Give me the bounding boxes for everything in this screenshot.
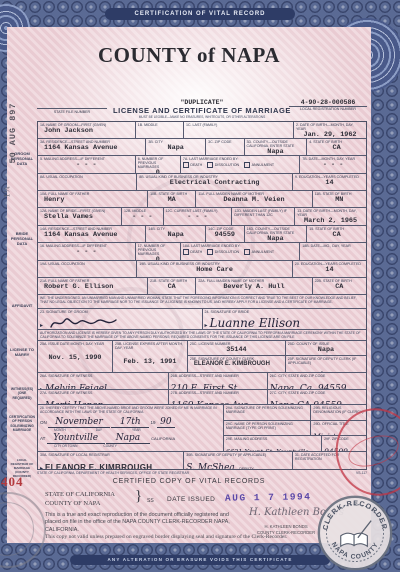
checkbox-label: ANNULMENT [252, 250, 274, 254]
field-label: 26C. CITY, STATE AND ZIP CODE [270, 374, 364, 378]
red-ink-stamp-inner [344, 430, 400, 473]
top-banner: CERTIFICATION OF VITAL RECORD [105, 8, 295, 20]
local-registration: 4-90-28-000586 LOCAL REGISTRATION NUMBER [289, 99, 367, 111]
banner-text: ANY ALTERATION OR ERASURE VOIDS THIS CER… [107, 557, 292, 562]
banner-text: CERTIFICATION OF VITAL RECORD [135, 11, 266, 17]
bride-county-value: Napa [247, 235, 305, 242]
bride-education-value: 14 [295, 266, 364, 274]
groom-business-value: Electrical Contracting [139, 179, 290, 187]
field-label: 8A. USUAL OCCUPATION [40, 175, 134, 179]
bride-mother-value: Beverly A. Hull [198, 283, 309, 291]
local-registration-label: LOCAL REGISTRATION NUMBER [289, 107, 367, 111]
state-line: STATE OF CALIFORNIA [45, 490, 115, 499]
deputy-suffix: DEPUTY [239, 467, 254, 469]
field-label: 19A. USUAL OCCUPATION [40, 262, 134, 266]
license-number-value: 35144 [190, 346, 283, 354]
field-label: 18A. LAST MARRIAGE ENDED BY: [183, 244, 297, 248]
field-label: 14D. COUNTY—OUTSIDE CALIFORNIA, ENTER ST… [247, 227, 305, 235]
local-registrar-signature: ELEANOR E. KIMBROUGH [45, 463, 152, 469]
bride-state-birth-value: CA [309, 231, 364, 239]
checkbox-group: DEATH DISSOLUTION ANNULMENT [183, 249, 297, 255]
groom-state-birth-value: CA [309, 144, 364, 152]
bride-father-state-value: CA [150, 283, 193, 291]
bride-prev-marriages-value: 0 [138, 256, 178, 260]
witness2-city: Napa CA 94559 [270, 401, 342, 404]
bride-zip-value: 94559 [208, 231, 241, 239]
checkbox-label: ANNULMENT [252, 163, 274, 167]
field-label: 25A. ISSUE DATE MONTH, DAY, YEAR [40, 342, 110, 346]
bride-mailing-value: - - - [40, 248, 133, 256]
witness2-address: 1169 Kansas Ave [171, 401, 249, 404]
field-label: 6. NUMBER OF PREVIOUS MARRIAGES [138, 157, 178, 169]
field-label: 2. DATE OF BIRTH—MONTH, DAY, YEAR [296, 123, 364, 131]
field-label: 27B. ADDRESS—STREET AND NUMBER [171, 391, 265, 395]
certificate-page: CERTIFICATION OF VITAL RECORD ANY ALTERA… [0, 0, 400, 572]
year-sublabel: YEAR [132, 428, 141, 432]
marriage-form: GROOM PERSONAL DATA BRIDE PERSONAL DATA … [37, 99, 367, 475]
field-label: 13. DATE OF BIRTH—MONTH, DAY, YEAR [297, 209, 364, 217]
groom-mother-value: Deanna M. Veien [198, 196, 309, 204]
signer-name: H. KATHLEEN BONDS [257, 524, 315, 530]
sidebar-label-solemnizing: CERTIFICATION OF PERSON SOLEMNIZING MARR… [8, 415, 36, 433]
checkbox-icon [244, 162, 250, 168]
ceremony-year: 90 [160, 417, 171, 427]
checkbox-dissolution: DISSOLUTION [207, 249, 239, 255]
groom-name-value: John Jackson [40, 127, 133, 135]
license-authorization-text: AUTHORIZATION AND LICENSE IS HEREBY GIVE… [38, 330, 366, 340]
groom-residence-value: 1164 Kansas Avenue [40, 144, 143, 152]
groom-city-value: Napa [148, 144, 203, 152]
at-label: AT [40, 436, 45, 441]
california-label: CALIFORNIA [151, 436, 175, 441]
checkbox-annulment: ANNULMENT [244, 162, 274, 168]
bride-mother-state-value: CA [315, 283, 364, 291]
field-label: 26B. ADDRESS—STREET AND NUMBER [171, 374, 265, 378]
registrar-deputy-signature: S. McShea [186, 463, 234, 469]
bottom-banner: ANY ALTERATION OR ERASURE VOIDS THIS CER… [70, 555, 330, 565]
bride-dob-value: March 2, 1965 [297, 217, 364, 225]
checkbox-death: DEATH [183, 249, 202, 255]
arrow-icon [40, 314, 45, 329]
field-label: 17. NUMBER OF PREVIOUS MARRIAGES [138, 244, 178, 256]
margin-file-number: 50 AUG 897 [8, 98, 18, 168]
checkbox-label: DISSOLUTION [215, 163, 239, 167]
county-clerk-signature: ELEANOR E. KIMBROUGH [190, 361, 283, 369]
ceremony-day: 17th [120, 417, 141, 427]
license-county-value: Napa [288, 346, 364, 354]
bride-signature: Luanne Ellison [210, 316, 301, 329]
bride-father-value: Robert G. Ellison [40, 283, 145, 291]
solemnization-date-line: ON November 17th 19 90 [40, 418, 221, 428]
bride-city-value: Napa [148, 231, 203, 239]
checkbox-icon [183, 162, 189, 168]
bride-name-value: Stella Vames [40, 213, 119, 221]
witness2-signature: Marti Hanon [45, 401, 103, 404]
county-line: COUNTY OF NAPA [45, 499, 115, 508]
groom-father-value: Henry [40, 196, 145, 204]
checkbox-label: DEATH [190, 163, 202, 167]
field-label: 29A. SIGNATURE OF PERSON SOLEMNIZING MAR… [226, 406, 309, 414]
field-label: 26A. SIGNATURE OF WITNESS [40, 374, 166, 378]
checkbox-label: DEATH [190, 250, 202, 254]
field-label: 12D. MAIDEN LAST (FAMILY) IF DIFFERENT T… [234, 209, 292, 217]
checkbox-dissolution: DISSOLUTION [207, 162, 239, 168]
bride-business-value: Home Care [139, 266, 290, 274]
date-issued-label: DATE ISSUED [167, 496, 215, 503]
groom-father-state-value: MA [150, 196, 193, 204]
groom-mailing-value: - - - [40, 161, 133, 169]
groom-county-value: Napa [247, 148, 305, 155]
groom-prev-marriages-value: 0 [138, 169, 178, 173]
field-label: 3C. ZIP CODE [208, 140, 241, 144]
deputy-clerk-signature: J. Hutcher [293, 371, 334, 372]
certified-copy-block: CERTIFIED COPY OF VITAL RECORDS STATE OF… [7, 478, 371, 485]
field-label: 24. SIGNATURE OF BRIDE [205, 310, 365, 314]
certification-body-text: This is a true and exact reproduction of… [45, 512, 235, 534]
certified-copy-title: CERTIFIED COPY OF VITAL RECORDS [7, 478, 371, 485]
field-label: 23. SIGNATURE OF GROOM [40, 310, 200, 314]
field-label: 29E. MAILING ADDRESS [226, 437, 319, 441]
field-label: 7A. LAST MARRIAGE ENDED BY: [183, 157, 297, 161]
field-label: 27C. CITY, STATE AND ZIP CODE [270, 391, 364, 395]
bride-middle-value: - - - [124, 213, 160, 221]
sidebar-label-affidavit: AFFIDAVIT [8, 303, 36, 308]
city-sublabel: CITY OR TOWN [54, 444, 77, 448]
county-sublabel: COUNTY [103, 444, 116, 448]
brace-glyph: } [135, 488, 142, 505]
state-registrar-line: STATE OF CALIFORNIA, DEPARTMENT OF HEALT… [37, 471, 189, 475]
ceremony-month: November [55, 417, 103, 427]
groom-signature-scrawl [49, 316, 119, 329]
checkbox-icon [207, 162, 213, 168]
groom-dob-value: Jan. 29, 1962 [296, 131, 364, 138]
day-sublabel: DAY [96, 428, 102, 432]
sidebar-label-bride: BRIDE PERSONAL DATA [8, 231, 36, 247]
license-expires-value: Feb. 13, 1991 [115, 358, 185, 366]
validity-notice: This copy not valid unless prepared on e… [45, 534, 345, 540]
state-file-number-label: STATE FILE NUMBER [37, 108, 107, 114]
field-label: 30B. SIGNATURE OF DEPUTY (IF APPLICABLE) [186, 453, 290, 457]
field-label: 1C. LAST (FAMILY) [186, 123, 291, 127]
document-body: COUNTY of NAPA GROOM PERSONAL DATA BRIDE… [7, 27, 371, 543]
solemnization-place-line: AT Yountville Napa CALIFORNIA [40, 434, 221, 444]
field-label: 18B. DATE—MO., DAY, YEAR [302, 244, 364, 248]
form-grid: 1A. NAME OF GROOM—FIRST (GIVEN)John Jack… [37, 121, 367, 470]
field-label: 25B. LICENSE EXPIRES AFTER MONTH, DAY, Y… [115, 342, 185, 350]
margin-pencil-note: 1¼ [4, 186, 12, 197]
license-issue-date-value: Nov. 15, 1990 [40, 354, 110, 362]
checkbox-label: DISSOLUTION [215, 250, 239, 254]
ss-label: SS [147, 498, 154, 504]
date-sublabels: MONTH DAY YEAR [54, 428, 221, 432]
field-label: 30A. SIGNATURE OF LOCAL REGISTRAR [40, 453, 181, 457]
bride-residence-value: 1164 Kansas Avenue [40, 231, 143, 239]
local-registration-number: 4-90-28-000586 [289, 99, 367, 107]
field-label: 29C. NAME OF PERSON SOLEMNIZING MARRIAGE… [226, 422, 309, 430]
affidavit-text: WE, THE UNDERSIGNED, AN UNMARRIED MAN AN… [38, 295, 366, 306]
page-title: COUNTY of NAPA [7, 43, 371, 68]
solemnizer-address: 6621 Yount St. Yountville CA [226, 448, 309, 451]
checkbox-icon [207, 249, 213, 255]
place-sublabels: CITY OR TOWN COUNTY [54, 444, 221, 448]
witness1-address: 210 E. First St. [171, 384, 241, 389]
clerk-recorder-seal: ★ CLERK-RECORDER ★ NAPA COUNTY [314, 494, 396, 572]
date-issued-stamp: AUG 1 7 1994 [225, 491, 312, 504]
checkbox-icon [183, 249, 189, 255]
month-sublabel: MONTH [54, 428, 66, 432]
state-county-block: STATE OF CALIFORNIA COUNTY OF NAPA [45, 490, 115, 508]
checkbox-icon [244, 249, 250, 255]
checkbox-death: DEATH [183, 162, 202, 168]
checkbox-group: DEATH DISSOLUTION ANNULMENT [183, 162, 297, 168]
form-subtitle: MUST BE LEGIBLE—MAKE NO ERASURES, WHITEO… [37, 115, 367, 119]
field-label: 27A. SIGNATURE OF WITNESS [40, 391, 166, 395]
form-footer: STATE OF CALIFORNIA, DEPARTMENT OF HEALT… [37, 471, 367, 475]
sidebar-label-license: LICENSE TO MARRY [8, 347, 36, 357]
groom-ended-date-value: - - - [302, 161, 364, 169]
bride-last-value: - - - [166, 213, 230, 221]
year-prefix: 19 [151, 420, 156, 425]
checkbox-annulment: ANNULMENT [244, 249, 274, 255]
groom-education-value: 14 [295, 179, 364, 187]
sidebar-label-witnesses: WITNESS(ES) (ONE REQUIRED) [8, 387, 36, 400]
solemnization-cert-text: 28. I HEREBY CERTIFY THAT THE ABOVE-NAME… [40, 406, 221, 415]
ceremony-city: Yountville [53, 433, 98, 443]
witness1-signature: Melvin Feigel [45, 384, 107, 389]
witness1-city: Napa, Ca. 94559 [270, 384, 347, 389]
groom-mother-state-value: MN [315, 196, 364, 204]
on-label: ON [40, 420, 47, 425]
field-label: 3D. COUNTY—OUTSIDE CALIFORNIA, ENTER STA… [247, 140, 305, 148]
state-embossed-seal-ring [0, 502, 34, 556]
form-header: "DUPLICATE" LICENSE AND CERTIFICATE OF M… [37, 99, 367, 121]
ceremony-county: Napa [116, 433, 140, 443]
field-label: 1B. MIDDLE [138, 123, 181, 127]
field-label: 25F. SIGNATURE OF DEPUTY CLERK (IF APPLI… [288, 357, 364, 365]
margin-red-number: 404 [1, 474, 24, 490]
